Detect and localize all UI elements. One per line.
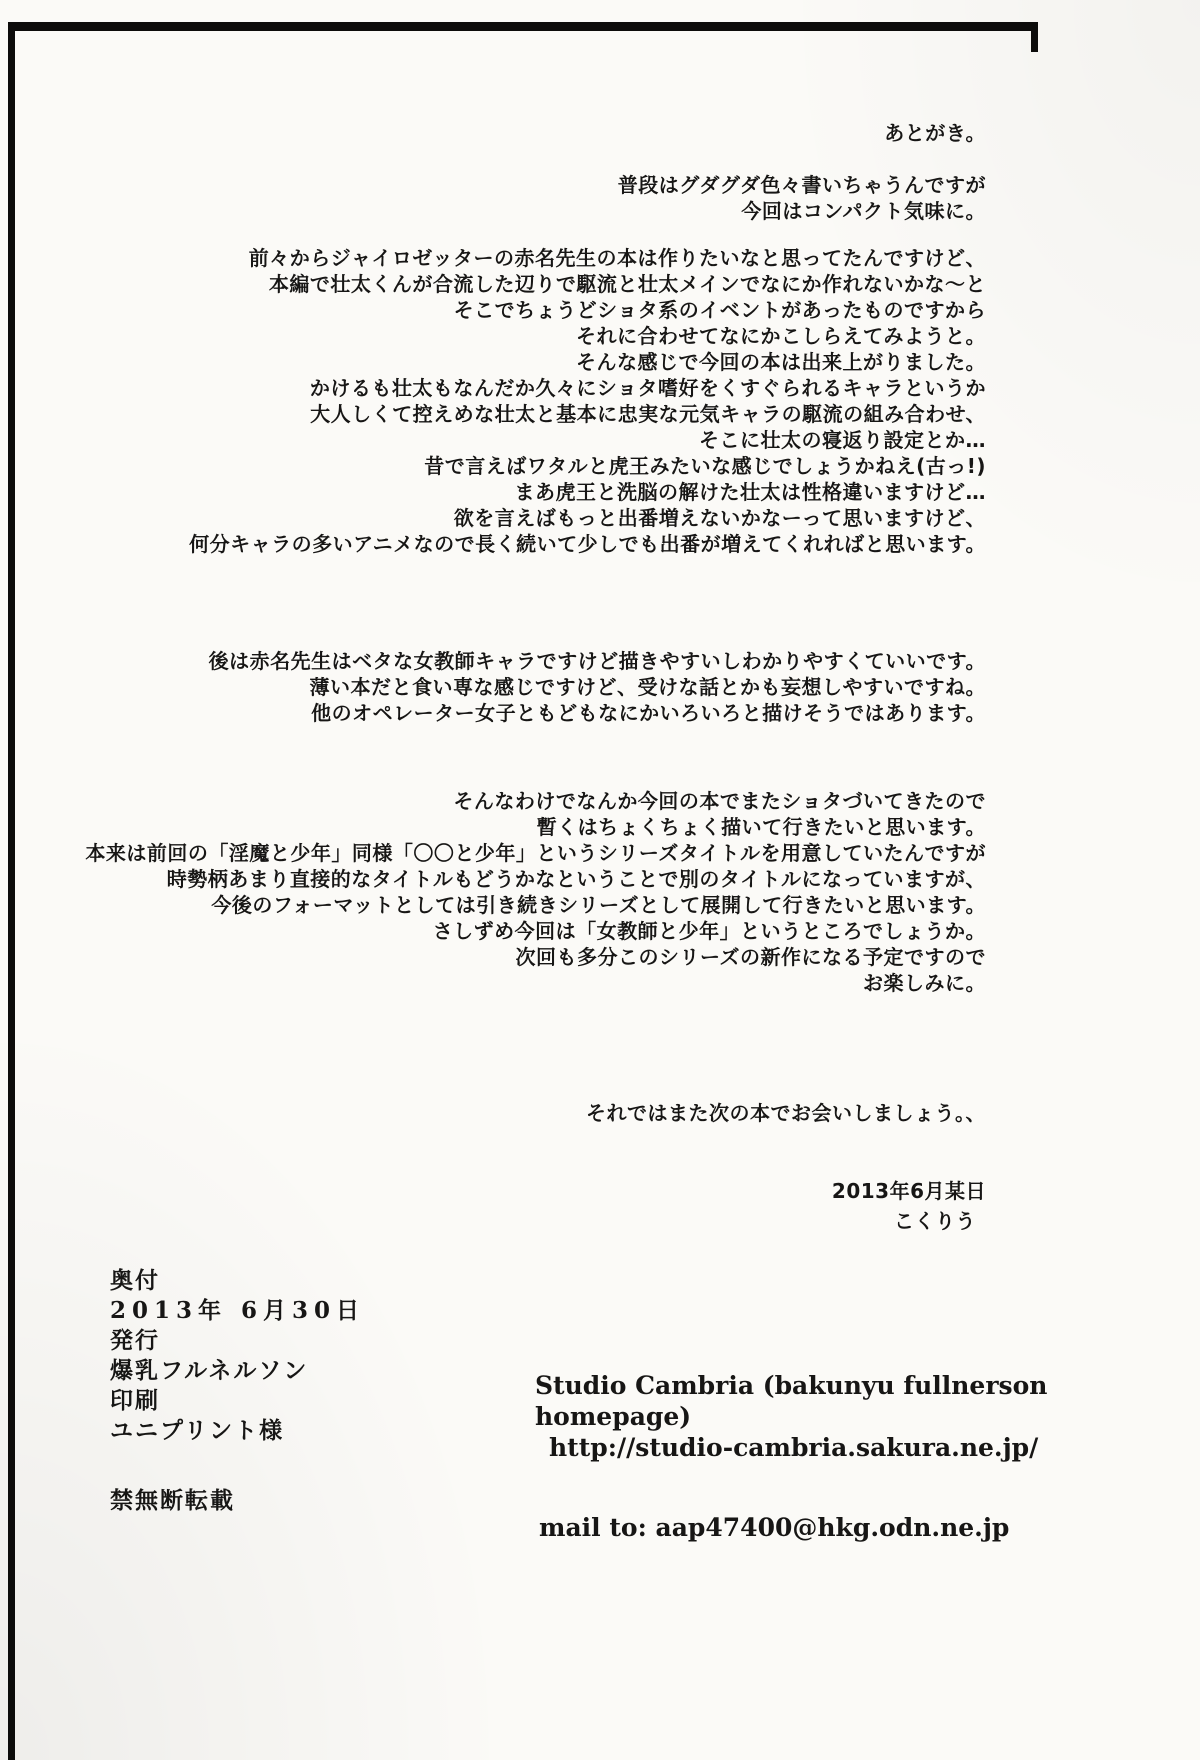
text-line: お楽しみに。 [85,970,986,996]
text-line: 前々からジャイロゼッターの赤名先生の本は作りたいなと思ってたんですけど、 [189,245,986,271]
closing-line: それではまた次の本でお会いしましょう。、 [586,1100,986,1126]
text-line: かけるも壮太もなんだか久々にショタ嗜好をくすぐられるキャラというか [189,375,986,401]
afterword-paragraph-teacher: 後は赤名先生はベタな女教師キャラですけど描きやすいしわかりやすくていいです。 薄… [209,648,986,726]
afterword-paragraph-main: 前々からジャイロゼッターの赤名先生の本は作りたいなと思ってたんですけど、 本編で… [189,245,986,557]
signoff-date: 2013年6月某日 [832,1178,986,1204]
scanned-afterword-page: あとがき。 普段はグダグダ色々書いちゃうんですが 今回はコンパクト気味に。 前々… [0,0,1200,1760]
colophon-label: 奥付 [110,1266,365,1296]
text-line: そこでちょうどショタ系のイベントがあったものですから [189,297,986,323]
text-line: 時勢柄あまり直接的なタイトルもどうかなということで別のタイトルになっていますが、 [85,866,986,892]
signoff-block: 2013年6月某日 こくりう [832,1178,986,1234]
text-line: 本編で壮太くんが合流した辺りで駆流と壮太メインでなにか作れないかな〜と [189,271,986,297]
text-line: そこに壮太の寝返り設定とか… [189,427,986,453]
text-line: 次回も多分このシリーズの新作になる予定ですので [85,944,986,970]
text-line: そんな感じで今回の本は出来上がりました。 [189,349,986,375]
text-line: 欲を言えばもっと出番増えないかなーって思いますけど、 [189,505,986,531]
text-line: 大人しくて控えめな壮太と基本に忠実な元気キャラの駆流の組み合わせ、 [189,401,986,427]
afterword-paragraph-intro: 普段はグダグダ色々書いちゃうんですが 今回はコンパクト気味に。 [618,172,986,224]
afterword-paragraph-series: そんなわけでなんか今回の本でまたショタづいてきたので 暫くはちょくちょく描いて行… [85,788,986,996]
contact-block: Studio Cambria (bakunyu fullnerson homep… [535,1370,1200,1543]
publisher-name: 爆乳フルネルソン [110,1356,365,1386]
text-line: 今後のフォーマットとしては引き続きシリーズとして展開して行きたいと思います。 [85,892,986,918]
text-line: さしずめ今回は「女教師と少年」というところでしょうか。 [85,918,986,944]
text-line: 本来は前回の「淫魔と少年」同様「〇〇と少年」というシリーズタイトルを用意していた… [85,840,986,866]
mail-address-line: mail to: aap47400@hkg.odn.ne.jp [535,1512,1200,1543]
text-line: 何分キャラの多いアニメなので長く続いて少しでも出番が増えてくれればと思います。 [189,531,986,557]
colophon-date: 2013年 6月30日 [110,1296,365,1326]
page-border-right-stub [1031,22,1038,52]
text-line: まあ虎王と洗脳の解けた壮太は性格違いますけど… [189,479,986,505]
printer-label: 印刷 [110,1386,365,1416]
text-line: 他のオペレーター女子ともどもなにかいろいろと描けそうではあります。 [209,700,986,726]
text-line: 後は赤名先生はベタな女教師キャラですけど描きやすいしわかりやすくていいです。 [209,648,986,674]
studio-homepage-line: Studio Cambria (bakunyu fullnerson homep… [535,1370,1200,1432]
publisher-label: 発行 [110,1326,365,1356]
text-line: 普段はグダグダ色々書いちゃうんですが [618,172,986,198]
page-border-left [8,22,15,1760]
page-border-top [8,22,1038,31]
text-line: 今回はコンパクト気味に。 [618,198,986,224]
reproduction-notice: 禁無断転載 [110,1482,235,1515]
text-line: 薄い本だと食い専な感じですけど、受けな話とかも妄想しやすいですね。 [209,674,986,700]
colophon-block: 奥付 2013年 6月30日 発行 爆乳フルネルソン 印刷 ユニプリント様 [110,1266,365,1446]
afterword-heading: あとがき。 [884,120,986,146]
text-line: 昔で言えばワタルと虎王みたいな感じでしょうかねえ(古っ!) [189,453,986,479]
homepage-url: http://studio-cambria.sakura.ne.jp/ [535,1432,1200,1463]
author-name: こくりう [832,1208,986,1234]
text-line: それに合わせてなにかこしらえてみようと。 [189,323,986,349]
text-line: そんなわけでなんか今回の本でまたショタづいてきたので [85,788,986,814]
printer-name: ユニプリント様 [110,1416,365,1446]
text-line: 暫くはちょくちょく描いて行きたいと思います。 [85,814,986,840]
